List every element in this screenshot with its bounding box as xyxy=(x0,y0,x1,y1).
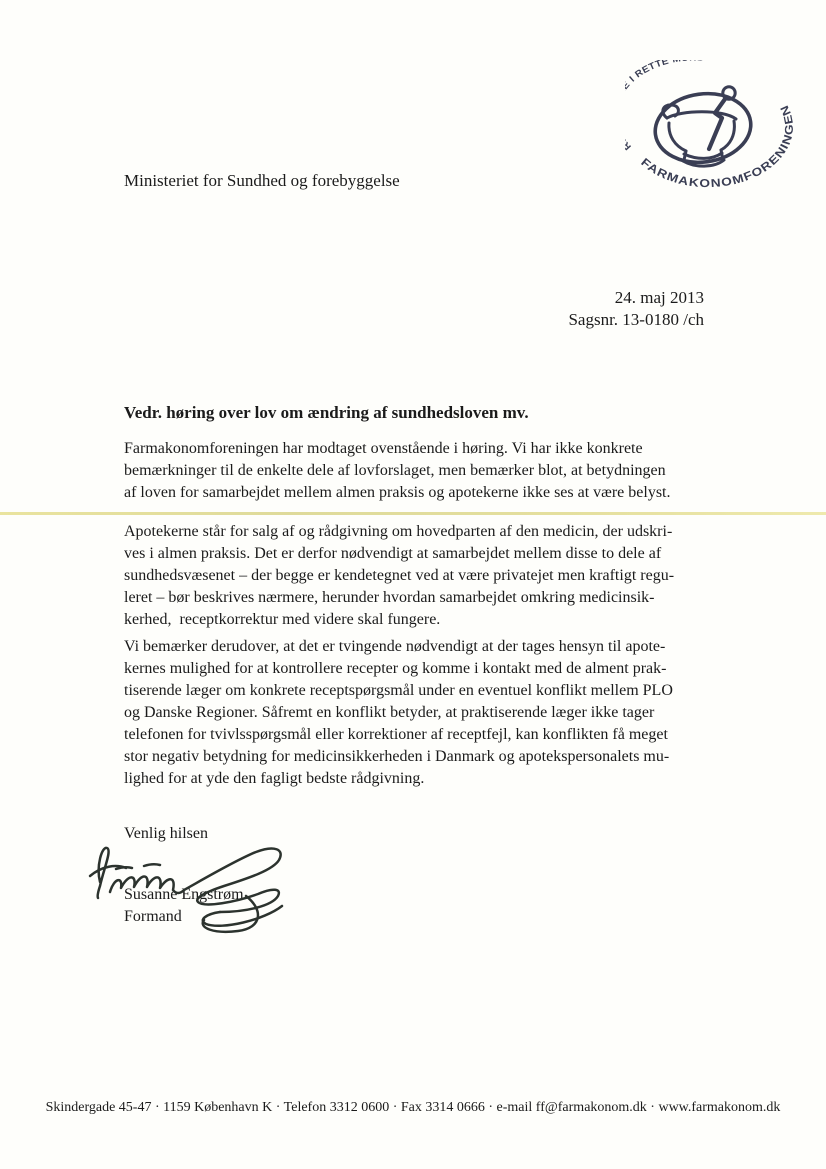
case-number-line: Sagsnr. 13-0180 /ch xyxy=(568,309,704,331)
body-paragraph-3: Vi bemærker derudover, at det er tvingen… xyxy=(124,636,724,790)
handwritten-signature xyxy=(86,836,296,938)
date-block: 24. maj 2013 Sagsnr. 13-0180 /ch xyxy=(568,287,704,331)
recipient-line: Ministeriet for Sundhed og forebyggelse xyxy=(124,171,400,191)
mortar-and-pestle-icon: RETTE PILLE I RETTE MUND FARMAKONOMFOREN… xyxy=(625,60,805,202)
body-paragraph-2: Apotekerne står for salg af og rådgivnin… xyxy=(124,521,724,631)
footer-contact-line: Skindergade 45-47 · 1159 København K · T… xyxy=(0,1100,826,1116)
scanned-letter-page: RETTE PILLE I RETTE MUND FARMAKONOMFOREN… xyxy=(0,0,826,1169)
scan-artifact-line xyxy=(0,512,826,515)
farmakonomforeningen-logo: RETTE PILLE I RETTE MUND FARMAKONOMFOREN… xyxy=(625,60,805,202)
subject-line: Vedr. høring over lov om ændring af sund… xyxy=(124,403,529,423)
body-paragraph-1: Farmakonomforeningen har modtaget ovenst… xyxy=(124,438,724,504)
date-line: 24. maj 2013 xyxy=(568,287,704,309)
